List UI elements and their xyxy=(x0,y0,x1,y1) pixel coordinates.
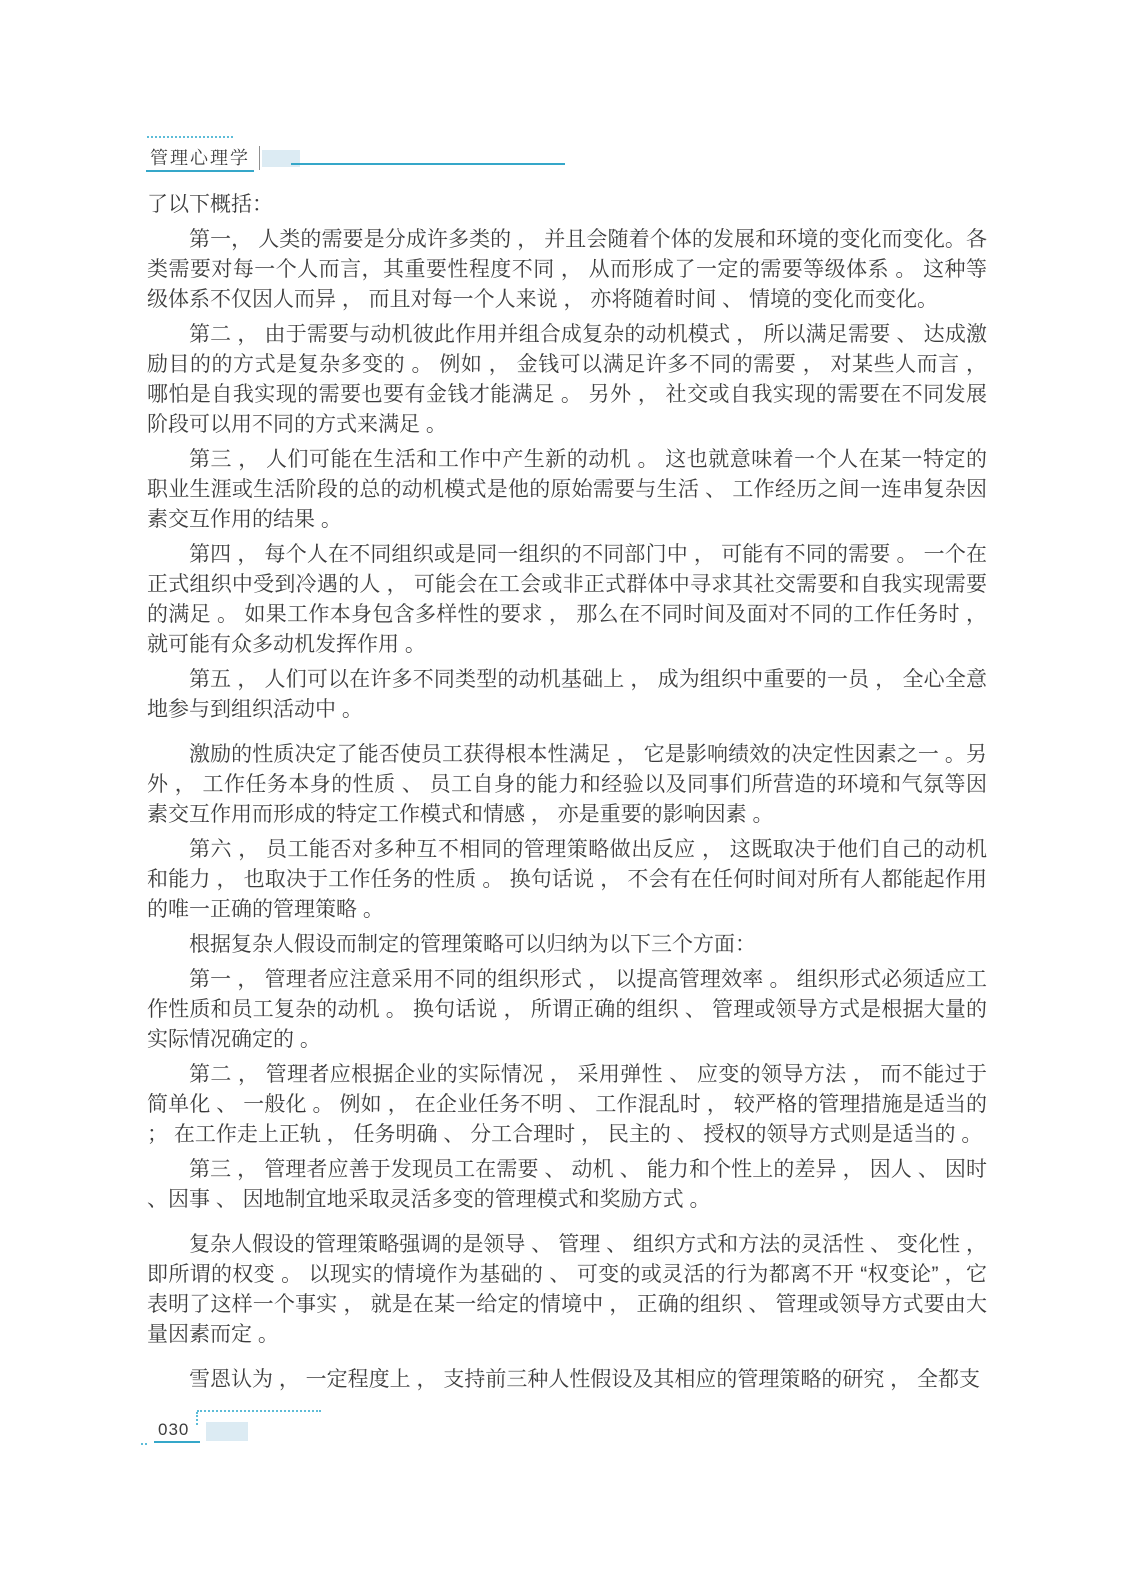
book-page: 管理心理学 了以下概括： 第一， 人类的需要是分成许多类的 ， 并且会随着个体的… xyxy=(0,0,1128,1570)
paragraph: 复杂人假设的管理策略强调的是领导 、 管理 、 组织方式和方法的灵活性 、 变化… xyxy=(147,1230,987,1350)
header-divider xyxy=(259,146,260,170)
footer-tick-mark xyxy=(141,1443,147,1445)
page-header: 管理心理学 xyxy=(150,146,300,170)
paragraph: 第六 ， 员工能否对多种互不相同的管理策略做出反应 ， 这既取决于他们自己的动机… xyxy=(147,835,987,925)
paragraph: 第三 ， 人们可能在生活和工作中产生新的动机 。 这也就意味着一个人在某一特定的… xyxy=(147,445,987,535)
paragraph: 第三 ， 管理者应善于发现员工在需要 、 动机 、 能力和个性上的差异 ， 因人… xyxy=(147,1155,987,1215)
header-rule xyxy=(291,163,565,165)
book-title-label: 管理心理学 xyxy=(150,146,250,170)
paragraph: 第二 ， 管理者应根据企业的实际情况 ， 采用弹性 、 应变的领导方法 ， 而不… xyxy=(147,1060,987,1150)
paragraph: 激励的性质决定了能否使员工获得根本性满足 ， 它是影响绩效的决定性因素之一 。另… xyxy=(147,740,987,830)
footer-accent-box xyxy=(206,1422,248,1441)
paragraph: 第一， 人类的需要是分成许多类的 ， 并且会随着个体的发展和环境的变化而变化。各… xyxy=(147,225,987,315)
header-dotted-rule xyxy=(147,136,233,138)
paragraph: 第五 ， 人们可以在许多不同类型的动机基础上 ， 成为组织中重要的一员 ， 全心… xyxy=(147,665,987,725)
paragraph: 根据复杂人假设而制定的管理策略可以归纳为以下三个方面： xyxy=(147,930,987,960)
footer-dotted-corner xyxy=(196,1412,198,1425)
paragraph: 第二 ， 由于需要与动机彼此作用并组合成复杂的动机模式 ， 所以满足需要 、 达… xyxy=(147,320,987,440)
paragraph: 了以下概括： xyxy=(147,190,987,220)
page-number: 030 xyxy=(158,1420,189,1440)
footer-dotted-rule xyxy=(197,1410,321,1412)
header-title-underline xyxy=(146,170,254,172)
paragraph: 第一 ， 管理者应注意采用不同的组织形式 ， 以提高管理效率 。 组织形式必须适… xyxy=(147,965,987,1055)
paragraph: 雪恩认为 ， 一定程度上 ， 支持前三种人性假设及其相应的管理策略的研究 ， 全… xyxy=(147,1365,987,1395)
page-body: 了以下概括： 第一， 人类的需要是分成许多类的 ， 并且会随着个体的发展和环境的… xyxy=(147,190,987,1395)
paragraph: 第四 ， 每个人在不同组织或是同一组织的不同部门中 ， 可能有不同的需要 。 一… xyxy=(147,540,987,660)
page-number-underline xyxy=(154,1441,200,1443)
